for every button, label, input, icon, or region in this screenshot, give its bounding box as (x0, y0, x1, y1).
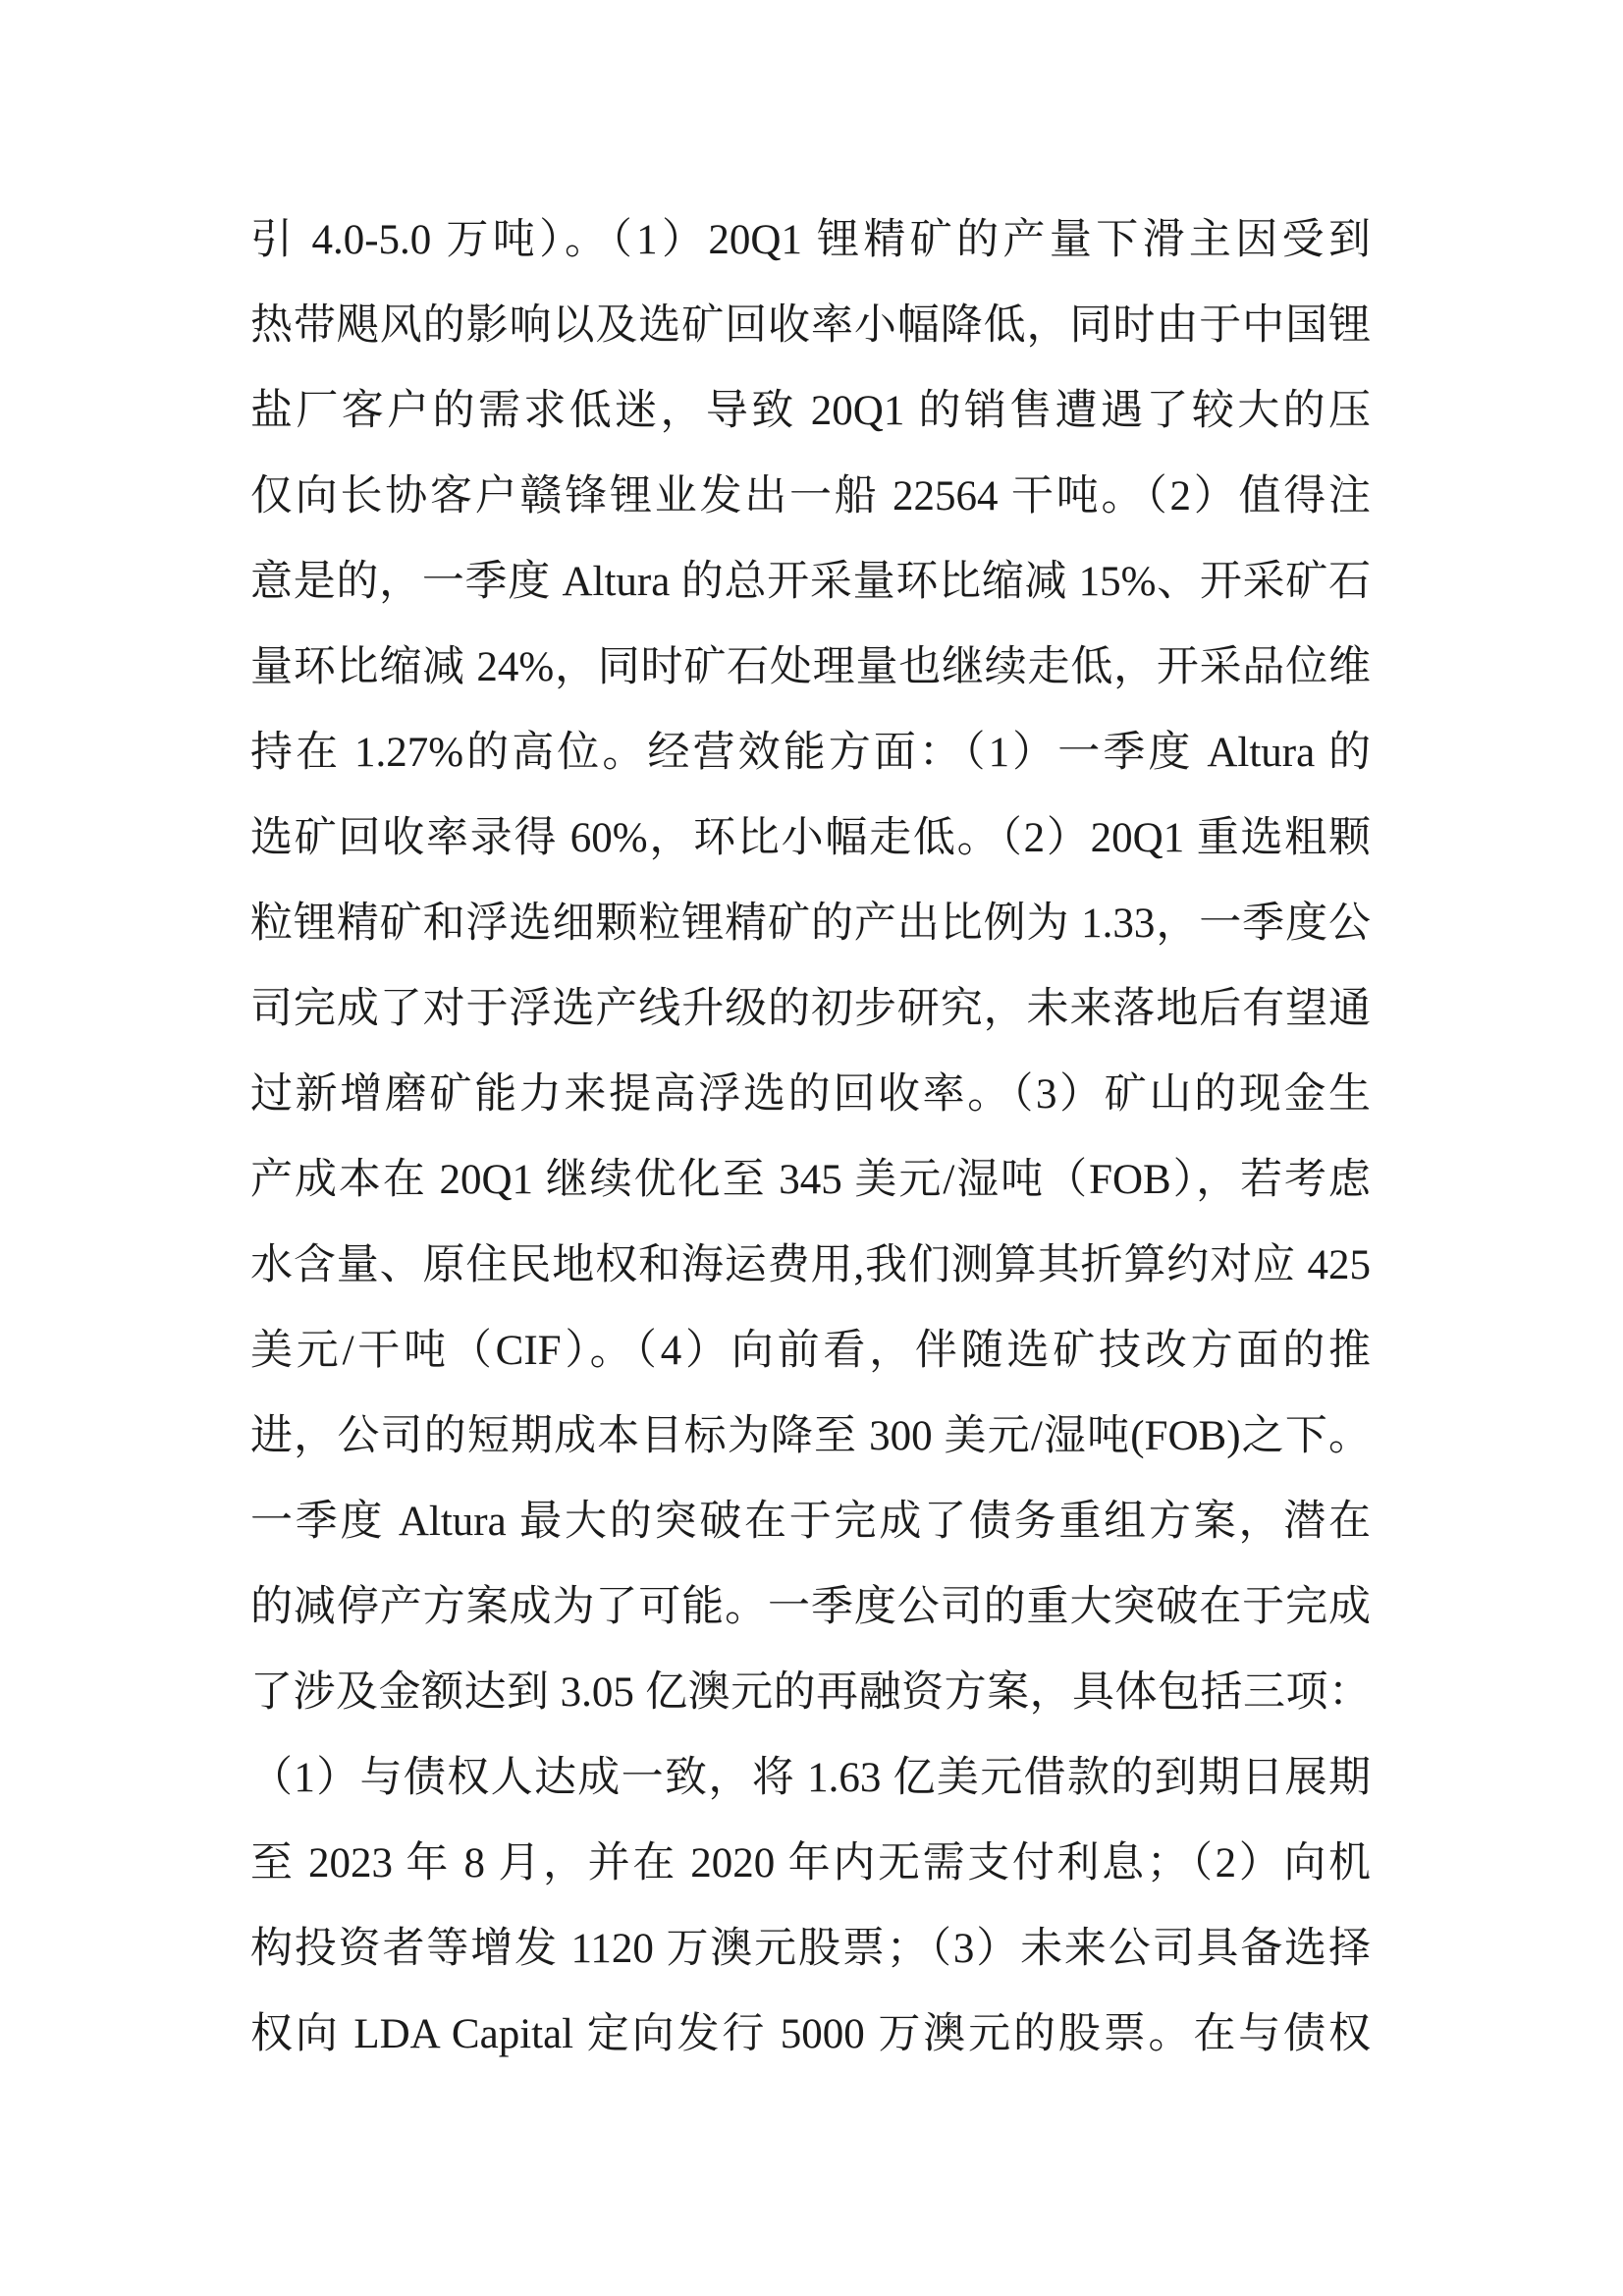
text-line: 进，公司的短期成本目标为降至 300 美元/湿吨(FOB)之下。 (250, 1394, 1371, 1479)
text-line: 美元/干吨（CIF）。（4）向前看，伴随选矿技改方面的推 (250, 1308, 1371, 1394)
text-line: 产成本在 20Q1 继续优化至 345 美元/湿吨（FOB），若考虑 (250, 1137, 1371, 1223)
text-line: 意是的，一季度 Altura 的总开采量环比缩减 15%、开采矿石 (250, 539, 1371, 625)
text-line: 盐厂客户的需求低迷，导致 20Q1 的销售遭遇了较大的压力， (250, 368, 1371, 454)
text-line: 选矿回收率录得 60%，环比小幅走低。（2）20Q1 重选粗颗 (250, 795, 1371, 881)
document-page: 引 4.0-5.0 万吨）。（1）20Q1 锂精矿的产量下滑主因受到 热带飓风的… (0, 0, 1623, 2296)
text-line: 量环比缩减 24%，同时矿石处理量也继续走低，开采品位维 (250, 625, 1371, 710)
text-line: 了涉及金额达到 3.05 亿澳元的再融资方案，具体包括三项： (250, 1650, 1371, 1735)
paragraph-block: 引 4.0-5.0 万吨）。（1）20Q1 锂精矿的产量下滑主因受到 热带飓风的… (250, 197, 1371, 2077)
text-line: 权向 LDA Capital 定向发行 5000 万澳元的股票。在与债权 (250, 1992, 1371, 2077)
text-line: 热带飓风的影响以及选矿回收率小幅降低，同时由于中国锂 (250, 283, 1371, 368)
text-line: 引 4.0-5.0 万吨）。（1）20Q1 锂精矿的产量下滑主因受到 (250, 197, 1371, 283)
text-line: 至 2023 年 8 月，并在 2020 年内无需支付利息；（2）向机 (250, 1821, 1371, 1906)
text-line: 构投资者等增发 1120 万澳元股票；（3）未来公司具备选择 (250, 1906, 1371, 1992)
text-line: 一季度 Altura 最大的突破在于完成了债务重组方案，潜在 (250, 1479, 1371, 1564)
text-line: 过新增磨矿能力来提高浮选的回收率。（3）矿山的现金生 (250, 1052, 1371, 1137)
text-line: 持在 1.27%的高位。经营效能方面：（1）一季度 Altura 的 (250, 710, 1371, 795)
text-line: 司完成了对于浮选产线升级的初步研究，未来落地后有望通 (250, 966, 1371, 1052)
text-line: （1）与债权人达成一致，将 1.63 亿美元借款的到期日展期 (250, 1735, 1371, 1821)
text-line: 粒锂精矿和浮选细颗粒锂精矿的产出比例为 1.33，一季度公 (250, 881, 1371, 966)
text-line: 的减停产方案成为了可能。一季度公司的重大突破在于完成 (250, 1564, 1371, 1650)
text-line: 水含量、原住民地权和海运费用,我们测算其折算约对应 425 (250, 1223, 1371, 1308)
text-line: 仅向长协客户赣锋锂业发出一船 22564 干吨。（2）值得注 (250, 454, 1371, 539)
